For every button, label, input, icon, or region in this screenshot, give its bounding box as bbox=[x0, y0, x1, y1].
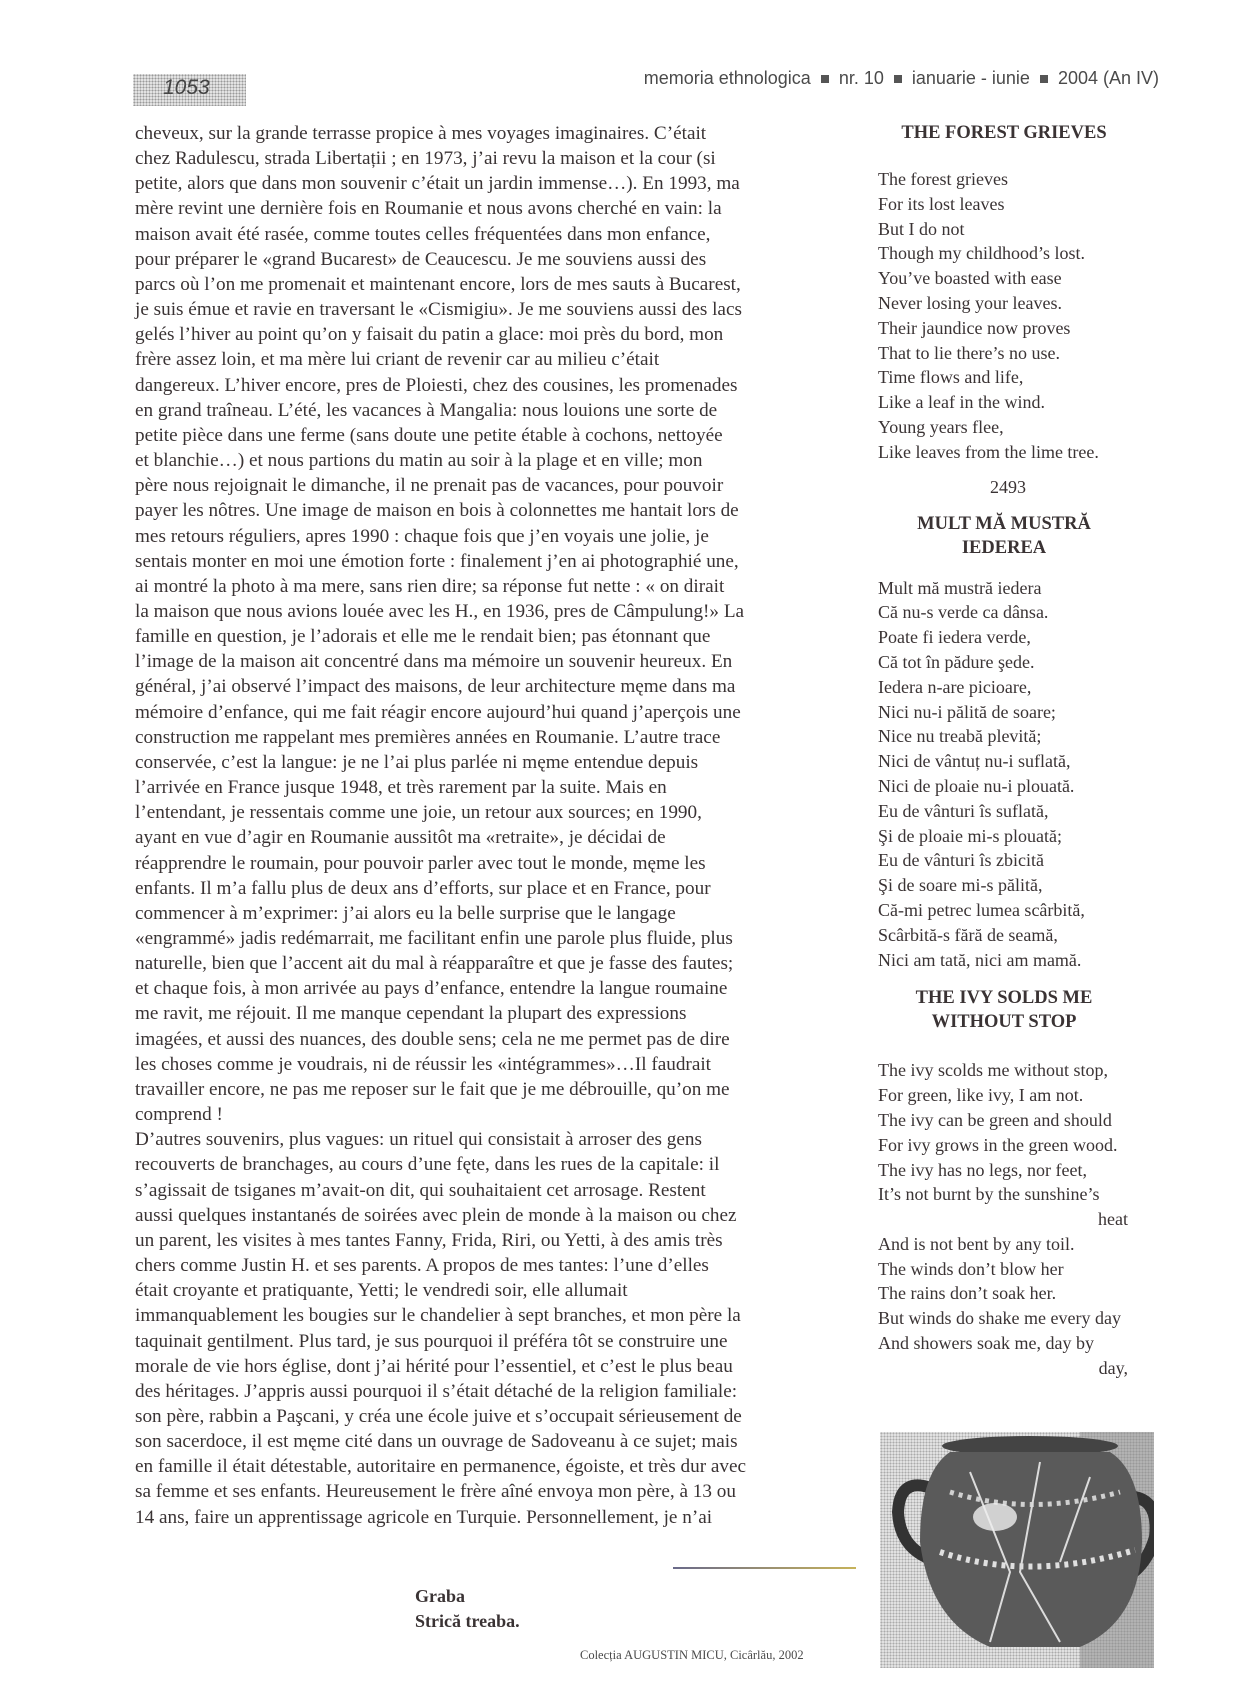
poem-title-ivy: THE IVY SOLDS ME WITHOUT STOP bbox=[870, 986, 1138, 1034]
text-line: père nous rejoignait le dimanche, il ne … bbox=[135, 473, 855, 498]
text-line: But I do not bbox=[878, 217, 1138, 242]
text-line: conservée, c’est la langue: je ne l’ai p… bbox=[135, 750, 855, 775]
text-line: un parent, les visites à mes tantes Fann… bbox=[135, 1228, 855, 1253]
text-line: les choses comme je voudrais, ni de réus… bbox=[135, 1052, 855, 1077]
text-line: Că-mi petrec lumea scârbită, bbox=[878, 898, 1138, 923]
text-line: général, j’ai observé l’impact des maiso… bbox=[135, 674, 855, 699]
text-line: son sacerdoce, il est męme cité dans un … bbox=[135, 1429, 855, 1454]
poem-title-line: WITHOUT STOP bbox=[870, 1010, 1138, 1034]
square-bullet-icon bbox=[894, 75, 902, 83]
text-line: Şi de ploaie mi-s plouată; bbox=[878, 824, 1138, 849]
text-line: en grand traîneau. L’été, les vacances à… bbox=[135, 398, 855, 423]
pottery-photo bbox=[880, 1432, 1154, 1668]
text-line: And showers soak me, day by bbox=[878, 1331, 1138, 1356]
text-line: naturelle, bien que l’accent ait du mal … bbox=[135, 951, 855, 976]
text-line: And is not bent by any toil. bbox=[878, 1232, 1138, 1257]
text-line: Nici de ploaie nu-i plouată. bbox=[878, 774, 1138, 799]
text-line: petite pièce dans une ferme (sans doute … bbox=[135, 423, 855, 448]
text-line: son père, rabbin a Paşcani, y créa une é… bbox=[135, 1404, 855, 1429]
text-line: «engrammé» jadis redémarrait, me facilit… bbox=[135, 926, 855, 951]
text-line: chez Radulescu, strada Libertații ; en 1… bbox=[135, 146, 855, 171]
text-line: The rains don’t soak her. bbox=[878, 1281, 1138, 1306]
text-line: Like a leaf in the wind. bbox=[878, 390, 1138, 415]
text-line: Though my childhood’s lost. bbox=[878, 241, 1138, 266]
article-body: cheveux, sur la grande terrasse propice … bbox=[135, 121, 855, 1530]
poem-forest: The forest grievesFor its lost leavesBut… bbox=[878, 167, 1138, 465]
journal-title: memoria ethnologica bbox=[644, 68, 811, 88]
text-line: It’s not burnt by the sunshine’s bbox=[878, 1182, 1138, 1207]
text-line: Their jaundice now proves bbox=[878, 316, 1138, 341]
text-line: Că tot în pădure şede. bbox=[878, 650, 1138, 675]
text-line: la maison que nous avions louée avec les… bbox=[135, 599, 855, 624]
text-line: dangereux. L’hiver encore, pres de Ploie… bbox=[135, 373, 855, 398]
text-line: s’agissait de tsiganes m’avait-on dit, q… bbox=[135, 1178, 855, 1203]
text-line: morale de vie hors église, dont j’ai hér… bbox=[135, 1354, 855, 1379]
text-line: For green, like ivy, I am not. bbox=[878, 1083, 1138, 1108]
text-line: mémoire d’enfance, qui me fait réagir en… bbox=[135, 700, 855, 725]
poem-title-line: THE IVY SOLDS ME bbox=[870, 986, 1138, 1010]
text-line: l’entendant, je ressentais comme une joi… bbox=[135, 800, 855, 825]
page-number-box: 1053 bbox=[133, 74, 246, 106]
text-line: Nice nu treabă plevită; bbox=[878, 724, 1138, 749]
text-line: Şi de soare mi-s pălită, bbox=[878, 873, 1138, 898]
issue-period: ianuarie - iunie bbox=[912, 68, 1030, 88]
text-line: sentais monter en moi une émotion forte … bbox=[135, 549, 855, 574]
text-line: For ivy grows in the green wood. bbox=[878, 1133, 1138, 1158]
text-line: The ivy has no legs, nor feet, bbox=[878, 1158, 1138, 1183]
text-line: Că nu-s verde ca dânsa. bbox=[878, 600, 1138, 625]
text-line: Young years flee, bbox=[878, 415, 1138, 440]
proverb: Graba Strică treaba. bbox=[415, 1584, 520, 1634]
text-line: petite, alors que dans mon souvenir c’ét… bbox=[135, 171, 855, 196]
text-line: taquinait gentilment. Plus tard, je sus … bbox=[135, 1329, 855, 1354]
text-line: payer les nôtres. Une image de maison en… bbox=[135, 498, 855, 523]
text-line: Time flows and life, bbox=[878, 365, 1138, 390]
text-line: mère revint une dernière fois en Roumani… bbox=[135, 196, 855, 221]
text-line: était croyante et pratiquante, Yetti; le… bbox=[135, 1278, 855, 1303]
pot-illustration-icon bbox=[880, 1432, 1154, 1668]
text-line: The winds don’t blow her bbox=[878, 1257, 1138, 1282]
text-line: Iedera n-are picioare, bbox=[878, 675, 1138, 700]
text-line: Mult mă mustră iedera bbox=[878, 576, 1138, 601]
poems-column: THE FOREST GRIEVES The forest grievesFor… bbox=[878, 121, 1138, 1381]
poem-title-forest: THE FOREST GRIEVES bbox=[870, 121, 1138, 145]
text-line: Poate fi iedera verde, bbox=[878, 625, 1138, 650]
poem-title-line: MULT MĂ MUSTRĂ bbox=[870, 512, 1138, 536]
text-line: The forest grieves bbox=[878, 167, 1138, 192]
underline-rule bbox=[673, 1567, 856, 1569]
text-line: Nici de vântuț nu-i suflată, bbox=[878, 749, 1138, 774]
text-line: cheveux, sur la grande terrasse propice … bbox=[135, 121, 855, 146]
text-line: commencer à m’exprimer: j’ai alors eu la… bbox=[135, 901, 855, 926]
text-line: ai montré la photo à ma mere, sans rien … bbox=[135, 574, 855, 599]
text-line: heat bbox=[878, 1207, 1138, 1232]
text-line: parcs où l’on me promenait et maintenant… bbox=[135, 272, 855, 297]
text-line: l’image de la maison ait concentré dans … bbox=[135, 649, 855, 674]
running-head: memoria ethnologicanr. 10ianuarie - iuni… bbox=[644, 68, 1159, 89]
text-line: Nici am tată, nici am mamă. bbox=[878, 948, 1138, 973]
text-line: frère assez loin, et ma mère lui criant … bbox=[135, 347, 855, 372]
text-line: maison avait été rasée, comme toutes cel… bbox=[135, 222, 855, 247]
text-line: immanquablement les bougies sur le chand… bbox=[135, 1303, 855, 1328]
text-line: Like leaves from the lime tree. bbox=[878, 440, 1138, 465]
text-line: et blanchie…) et nous partions du matin … bbox=[135, 448, 855, 473]
text-line: famille en question, je l’adorais et ell… bbox=[135, 624, 855, 649]
text-line: mes retours réguliers, apres 1990 : chaq… bbox=[135, 524, 855, 549]
text-line: But winds do shake me every day bbox=[878, 1306, 1138, 1331]
text-line: me ravit, me réjouit. Il me manque cepen… bbox=[135, 1001, 855, 1026]
text-line: Scârbită-s fără de seamă, bbox=[878, 923, 1138, 948]
poem-number: 2493 bbox=[878, 477, 1138, 498]
text-line: en famille il était détestable, autorita… bbox=[135, 1454, 855, 1479]
text-line: et chaque fois, à mon arrivée au pays d’… bbox=[135, 976, 855, 1001]
text-line: day, bbox=[878, 1356, 1138, 1381]
text-line: construction me rappelant mes premières … bbox=[135, 725, 855, 750]
text-line: imagées, et aussi des nuances, des doubl… bbox=[135, 1027, 855, 1052]
text-line: enfants. Il m’a fallu plus de deux ans d… bbox=[135, 876, 855, 901]
text-line: For its lost leaves bbox=[878, 192, 1138, 217]
poem-ivy: The ivy scolds me without stop,For green… bbox=[878, 1058, 1138, 1380]
text-line: chers comme Justin H. et ses parents. A … bbox=[135, 1253, 855, 1278]
text-line: recouverts de branchages, au cours d’une… bbox=[135, 1152, 855, 1177]
text-line: sa femme et ses enfants. Heureusement le… bbox=[135, 1479, 855, 1504]
text-line: D’autres souvenirs, plus vagues: un ritu… bbox=[135, 1127, 855, 1152]
text-line: comprend ! bbox=[135, 1102, 855, 1127]
text-line: The ivy scolds me without stop, bbox=[878, 1058, 1138, 1083]
text-line: pour préparer le «grand Bucarest» de Cea… bbox=[135, 247, 855, 272]
proverb-line: Strică treaba. bbox=[415, 1609, 520, 1634]
poem-mult: Mult mă mustră iederaCă nu-s verde ca dâ… bbox=[878, 576, 1138, 973]
text-line: gelés l’hiver au point qu’on y faisait d… bbox=[135, 322, 855, 347]
text-line: Never losing your leaves. bbox=[878, 291, 1138, 316]
text-line: des héritages. J’appris aussi pourquoi i… bbox=[135, 1379, 855, 1404]
page-number: 1053 bbox=[163, 76, 210, 100]
issue-number: nr. 10 bbox=[839, 68, 884, 88]
text-line: Nici nu-i pălită de soare; bbox=[878, 700, 1138, 725]
issue-year: 2004 (An IV) bbox=[1058, 68, 1159, 88]
text-line: Eu de vânturi îs zbicită bbox=[878, 848, 1138, 873]
page-header: 1053 memoria ethnologicanr. 10ianuarie -… bbox=[0, 68, 1254, 108]
text-line: That to lie there’s no use. bbox=[878, 341, 1138, 366]
photo-credit: Colecția AUGUSTIN MICU, Cicârlău, 2002 bbox=[580, 1648, 804, 1663]
poem-title-line: IEDEREA bbox=[870, 536, 1138, 560]
poem-title-mult: MULT MĂ MUSTRĂ IEDEREA bbox=[870, 512, 1138, 560]
text-line: Eu de vânturi îs suflată, bbox=[878, 799, 1138, 824]
text-line: réapprendre le roumain, pour pouvoir par… bbox=[135, 851, 855, 876]
text-line: je suis émue et ravie en traversant le «… bbox=[135, 297, 855, 322]
text-line: l’arrivée en France jusque 1948, et très… bbox=[135, 775, 855, 800]
text-line: aussi quelques instantanés de soirées av… bbox=[135, 1203, 855, 1228]
square-bullet-icon bbox=[1040, 75, 1048, 83]
text-line: You’ve boasted with ease bbox=[878, 266, 1138, 291]
text-line: The ivy can be green and should bbox=[878, 1108, 1138, 1133]
text-line: 14 ans, faire un apprentissage agricole … bbox=[135, 1505, 855, 1530]
text-line: ayant en vue d’agir en Roumanie aussitôt… bbox=[135, 825, 855, 850]
proverb-line: Graba bbox=[415, 1584, 520, 1609]
square-bullet-icon bbox=[821, 75, 829, 83]
text-line: travailler encore, ne pas me reposer sur… bbox=[135, 1077, 855, 1102]
